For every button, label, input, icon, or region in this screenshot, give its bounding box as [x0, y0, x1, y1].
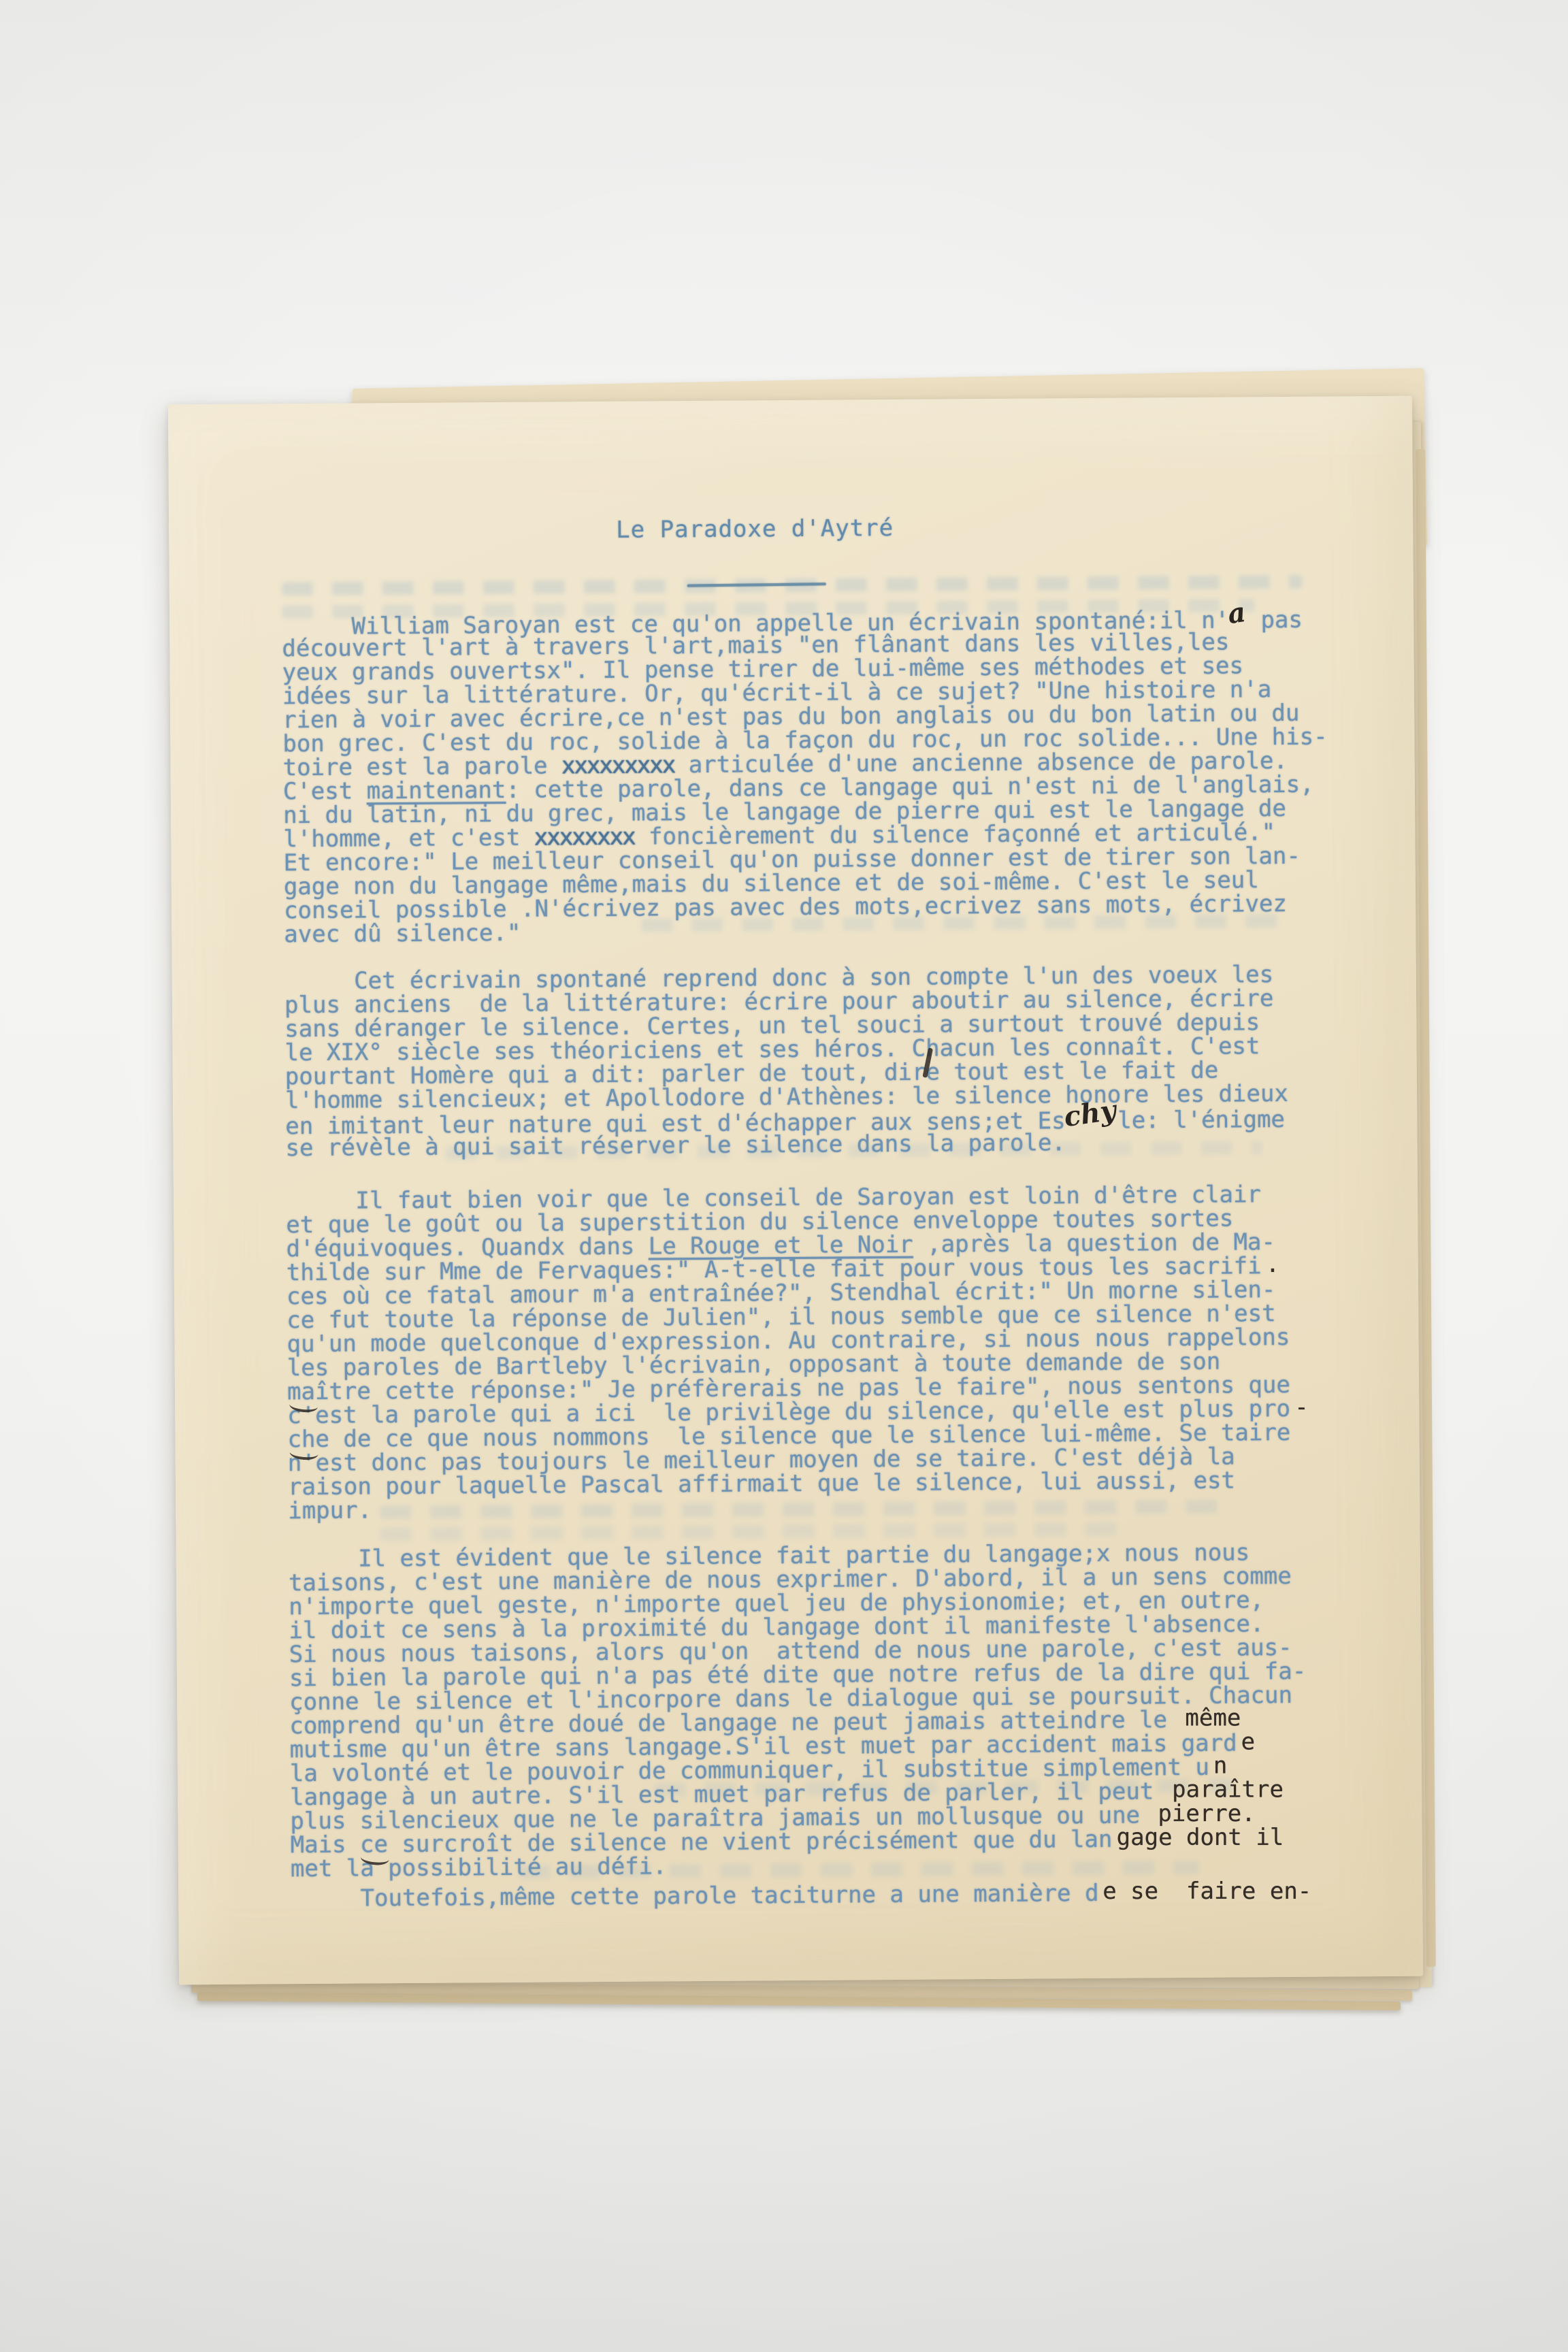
typed-text: met la possibilité au défi. — [291, 1852, 667, 1882]
paragraph-saroyan-quote: William Saroyan est ce qu'on appelle un … — [282, 606, 1329, 947]
black-ink-addition: e se faire en- — [1102, 1880, 1311, 1904]
ghost-showthrough-text — [380, 1522, 1128, 1541]
black-ink-addition: même — [1185, 1707, 1241, 1731]
paragraph-toutefois: Toutefois,même cette parole taciturne a … — [291, 1880, 1312, 1911]
page-title: Le Paradoxe d'Aytré — [616, 517, 894, 542]
typed-text: le: l'énigme — [1117, 1106, 1285, 1134]
typed-text: pas — [1247, 606, 1303, 634]
typed-line: se révèle à qui sait réserver le silence… — [285, 1130, 1288, 1160]
black-ink-addition: . — [1266, 1253, 1279, 1277]
typed-text: impur. — [288, 1497, 372, 1524]
handwritten-correction: a — [1226, 600, 1247, 626]
typed-text: avec dû silence." — [284, 919, 521, 948]
paragraph-stendhal-bartleby: Il faut bien voir que le conseil de Saro… — [286, 1183, 1309, 1523]
black-ink-addition: n — [1213, 1754, 1227, 1778]
black-ink-addition: pierre. — [1158, 1802, 1256, 1826]
paragraph-silence-langage: Il est évident que le silence fait parti… — [289, 1541, 1308, 1881]
black-ink-addition: - — [1294, 1396, 1308, 1420]
handwritten-correction: chy — [1062, 1098, 1117, 1130]
typescript-page: Le Paradoxe d'Aytré William Saroyan est … — [168, 396, 1423, 1985]
typed-text: Toutefois,même cette parole taciturne a … — [291, 1880, 1099, 1912]
paragraph-voeux-anciens: Cet écrivain spontané reprend donc à son… — [284, 963, 1289, 1160]
black-ink-addition: gage dont il — [1116, 1826, 1284, 1850]
typed-line: Toutefois,même cette parole taciturne a … — [291, 1880, 1312, 1911]
black-ink-addition: paraître — [1172, 1778, 1284, 1802]
black-ink-addition: e — [1241, 1730, 1255, 1754]
typed-text: se révèle à qui sait réserver le silence… — [285, 1129, 1066, 1162]
